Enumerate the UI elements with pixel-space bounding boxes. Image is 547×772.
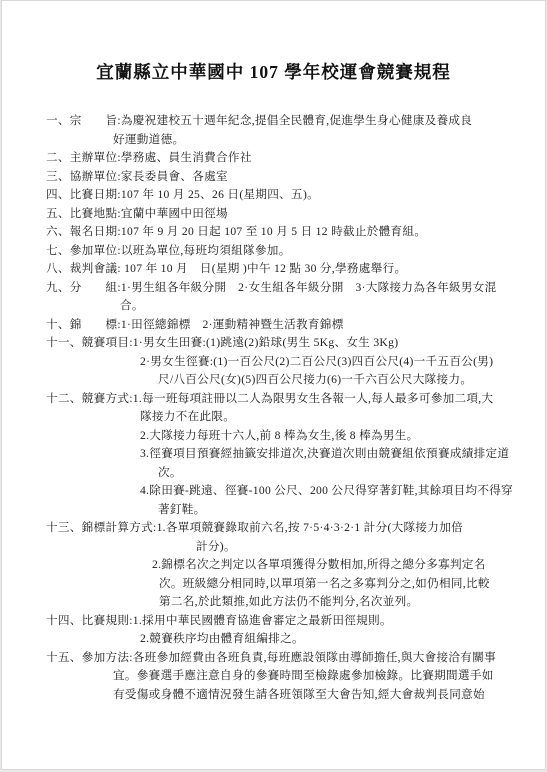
document-line: 2.大隊接力每班十六人,前 8 棒為女生,後 8 棒為男生。 [46,427,509,446]
document-line: 尺/八百公尺(女)(5)四百公尺接力(6)一千六百公尺大隊接力。 [46,371,509,390]
document-line: 四、比賽日期:107 年 10 月 25、26 日(星期四、五)。 [46,186,509,205]
document-body: 一、宗 旨:為慶祝建校五十週年紀念,提倡全民體育,促進學生身心健康及養成良好運動… [46,112,509,704]
document-line: 十五、參加方法:各班參加經費由各班負責,每班應設領隊由導師擔任,與大會接洽有關事 [46,649,509,668]
document-line: 次。 [46,464,509,483]
document-line: 3.徑賽項目預賽經抽籤安排道次,決賽道次則由競賽組依預賽成績排定道 [46,445,509,464]
document-line: 2·男女生徑賽:(1)一百公尺(2)二百公尺(3)四百公尺(4)一千五百公(男) [46,353,509,372]
document-line: 五、比賽地點:宜蘭中華國中田徑場 [46,205,509,224]
document-line: 八、裁判會議: 107 年 10 月 日(星期 )中午 12 點 30 分,學務… [46,260,509,279]
document-line: 第二名,於此類推,如此方法仍不能判分,名次並列。 [46,593,509,612]
document-line: 一、宗 旨:為慶祝建校五十週年紀念,提倡全民體育,促進學生身心健康及養成良 [46,112,509,131]
document-line: 十一、競賽項目:1·男女生田賽:(1)跳遠(2)鉛球(男生 5Kg、女生 3Kg… [46,334,509,353]
document-line: 4.除田賽-跳遠、徑賽-100 公尺、200 公尺得穿著釘鞋,其餘項目均不得穿 [46,482,509,501]
document-line: 二、主辦單位:學務處、員生消費合作社 [46,149,509,168]
document-line: 三、協辦單位:家長委員會、各處室 [46,168,509,187]
document-line: 十、錦 標:1·田徑總錦標 2·運動精神暨生活教育錦標 [46,316,509,335]
document-line: 十二、競賽方式:1.每一班每項註冊以二人為限男女生各報一人,每人最多可參加二項,… [46,390,509,409]
document-line: 2.競賽秩序均由體育組編排之。 [46,630,509,649]
document-line: 次。班級總分相同時,以單項第一名之多寡判分之,如仍相同,比較 [46,575,509,594]
document-line: 六、報名日期:107 年 9 月 20 日起 107 至 10 月 5 日 12… [46,223,509,242]
document-line: 宜。參賽選手應注意自身的參賽時間至檢錄處參加檢錄。比賽期間選手如 [46,667,509,686]
document-line: 計分)。 [46,538,509,557]
document-line: 著釘鞋。 [46,501,509,520]
document-line: 合。 [46,297,509,316]
document-line: 十四、比賽規則:1.採用中華民國體育協進會審定之最新田徑規則。 [46,612,509,631]
document-line: 好運動道德。 [46,131,509,150]
document-line: 隊接力不在此限。 [46,408,509,427]
document-page: 宜蘭縣立中華國中 107 學年校運會競賽規程 一、宗 旨:為慶祝建校五十週年紀念… [1,0,546,770]
document-line: 九、分 組:1·男生組各年級分開 2·女生組各年級分開 3·大隊接力為各年級男女… [46,279,509,298]
document-title: 宜蘭縣立中華國中 107 學年校運會競賽規程 [2,59,545,84]
document-line: 2.錦標名次之判定以各單項獲得分數相加,所得之總分多寡判定名 [46,556,509,575]
document-line: 有受傷或身體不適情況發生請各班領隊至大會告知,經大會裁判長同意始 [46,686,509,705]
document-line: 七、參加單位:以班為單位,每班均須組隊參加。 [46,242,509,261]
document-line: 十三、錦標計算方式:1.各單項競賽錄取前六名,按 7·5·4·3·2·1 計分(… [46,519,509,538]
